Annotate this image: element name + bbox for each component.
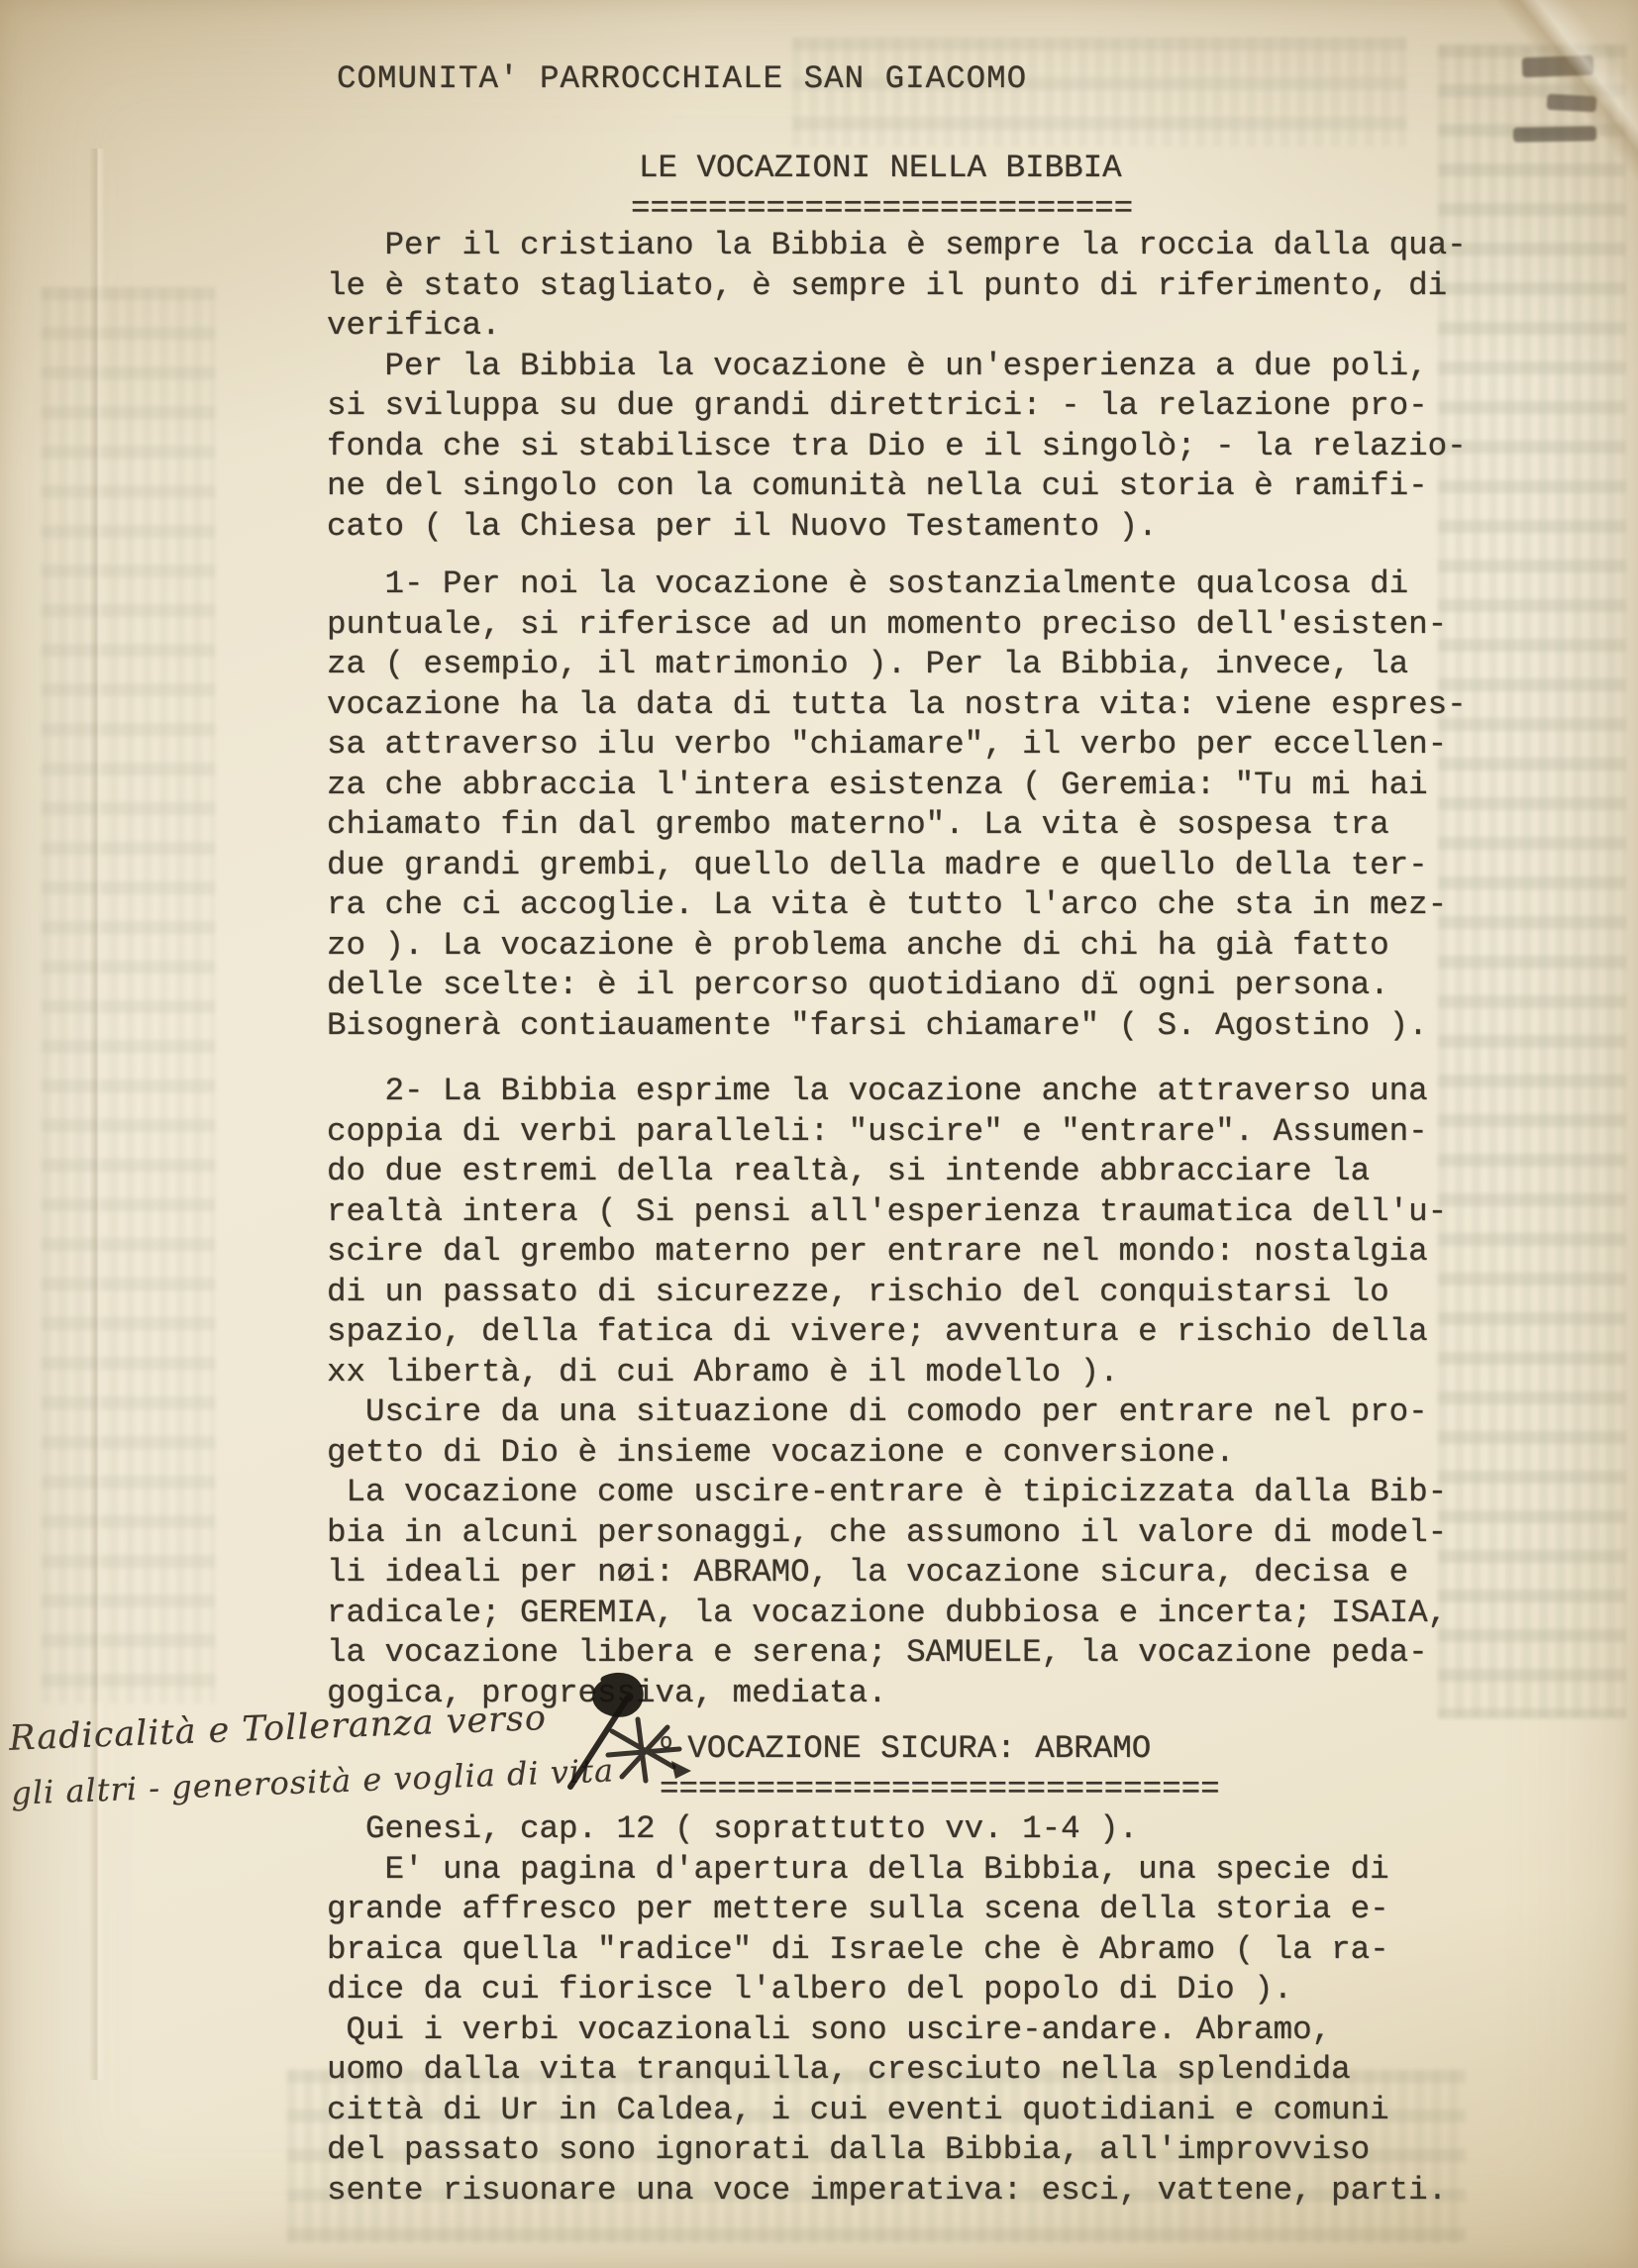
typed-paragraph-uscire: Uscire da una situazione di comodo per e… [327,1392,1505,1473]
section-heading-block: oVOCAZIONE SICURA: ABRAMO ==============… [660,1723,1505,1809]
document-title-block: LE VOCAZIONI NELLA BIBBIA ==============… [639,149,1133,229]
typed-paragraph-point-1: 1- Per noi la vocazione è sostanzialment… [327,565,1505,1046]
title-underline: ========================== [631,189,1133,230]
paper-crease-top-right [1386,0,1638,218]
typed-paragraph-intro: Per il cristiano la Bibbia è sempre la r… [327,226,1505,347]
ink-scribble [543,1670,701,1795]
section-heading-underline: ============================= [660,1770,1505,1810]
document-header: COMUNITA' PARROCCHIALE SAN GIACOMO [337,59,1027,100]
bleed-through-left [42,287,215,1703]
document-title: LE VOCAZIONI NELLA BIBBIA [639,149,1133,189]
typed-text-column: Per il cristiano la Bibbia è sempre la r… [327,226,1505,2211]
typed-paragraph-genesis-intro: E' una pagina d'apertura della Bibbia, u… [327,1850,1505,2010]
typed-paragraph-point-2: 2- La Bibbia esprime la vocazione anche … [327,1072,1505,1392]
section-heading: oVOCAZIONE SICURA: ABRAMO [660,1723,1505,1770]
ink-smudge [1513,126,1596,142]
typed-paragraph-models: La vocazione come uscire-entrare è tipic… [327,1473,1505,1713]
ink-smudge [1547,94,1597,113]
section-heading-label: VOCAZIONE SICURA: ABRAMO [687,1730,1151,1767]
typed-paragraph-abramo: Qui i verbi vocazionali sono uscire-anda… [327,2010,1505,2212]
typed-paragraph-two-poles: Per la Bibbia la vocazione è un'esperien… [327,347,1505,548]
scanned-page: COMUNITA' PARROCCHIALE SAN GIACOMO LE VO… [0,0,1638,2268]
ink-smudge [1522,55,1594,78]
scripture-reference: Genesi, cap. 12 ( soprattutto vv. 1-4 ). [327,1809,1505,1850]
